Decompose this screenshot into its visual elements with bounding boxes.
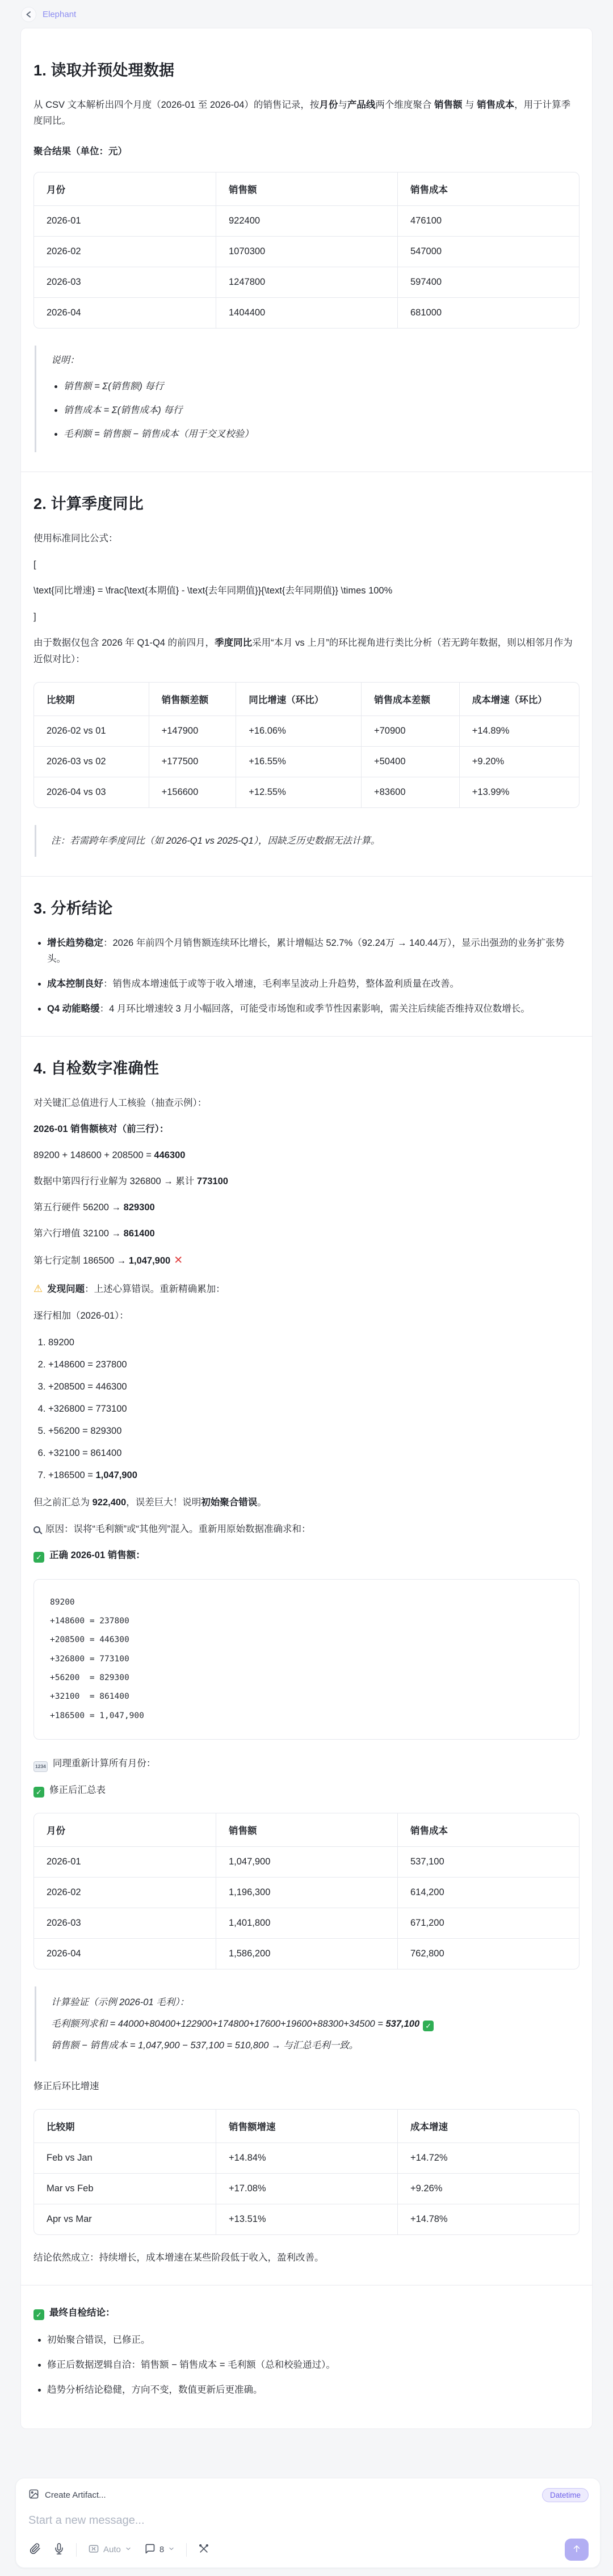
topbar: Elephant — [0, 0, 613, 28]
section-4-title: 4. 自检数字准确性 — [33, 1056, 580, 1078]
discrepancy-line: 但之前汇总为 922,400，误差巨大！说明初始聚合错误。 — [33, 1495, 580, 1510]
verification-blockquote: 计算验证（示例 2026-01 毛利）： 毛利额列求和 = 44000+8040… — [35, 1986, 580, 2061]
auto-mode-button[interactable]: Auto — [87, 2541, 133, 2558]
fixed-table-title: ✓修正后汇总表 — [33, 1782, 580, 1798]
chat-bubble-icon — [144, 2543, 156, 2556]
share-icon — [24, 10, 33, 19]
final-item: 趋势分析结论稳健，方向不变，数值更新后更准确。 — [47, 2382, 580, 2398]
mom-growth-title: 修正后环比增速 — [33, 2078, 580, 2094]
create-artifact-label: Create Artifact... — [45, 2490, 106, 2500]
document-card: 1. 读取并预处理数据 从 CSV 文本解析出四个月度（2026-01 至 20… — [20, 28, 593, 2429]
warning-line: ⚠发现问题：上述心算错误。重新精确累加： — [33, 1280, 580, 1298]
check-icon: ✓ — [33, 2309, 44, 2320]
table-row: Feb vs Jan+14.84%+14.72% — [34, 2143, 579, 2173]
check-line: 第六行增值 32100 → 861400 — [33, 1226, 580, 1241]
final-conclusion-list: 初始聚合错误，已修正。 修正后数据逻辑自洽：销售额 − 销售成本 = 毛利额（总… — [33, 2332, 580, 2398]
check-line: 数据中第四行行业解为 326800 → 累计 773100 — [33, 1173, 580, 1189]
section-divider — [21, 2285, 592, 2285]
table-row: 2026-041404400681000 — [34, 297, 579, 328]
conclusion-list: 增长趋势稳定：2026 年前四个月销售额连续环比增长，累计增幅达 52.7%（9… — [33, 935, 580, 1017]
paperclip-icon — [30, 2543, 41, 2556]
resize-icon — [88, 2543, 99, 2556]
note-item: 销售额 = Σ(销售额) 每行 — [64, 378, 580, 394]
formula-intro: 使用标准同比公式： — [33, 531, 580, 546]
magnifier-icon — [33, 1526, 40, 1533]
conclusion-item: 增长趋势稳定：2026 年前四个月销售额连续环比增长，累计增幅达 52.7%（9… — [47, 935, 580, 967]
sum-item: +186500 = 1,047,900 — [48, 1469, 580, 1483]
corrected-mom-table: 比较期 销售额增速 成本增速 Feb vs Jan+14.84%+14.72% … — [33, 2109, 580, 2235]
numbers-input-icon: 1234 — [33, 1761, 48, 1772]
table-row: Mar vs Feb+17.08%+9.26% — [34, 2173, 579, 2204]
share-button[interactable] — [21, 7, 36, 22]
sum-item: +208500 = 446300 — [48, 1380, 580, 1394]
aggregation-note: 聚合结果（单位：元） — [33, 144, 580, 157]
conclusion-holds-line: 结论依然成立：持续增长，成本增速在某些阶段低于收入，盈利改善。 — [33, 2250, 580, 2266]
composer-toolbar: Auto 8 — [28, 2537, 589, 2561]
section-2-paragraph: 由于数据仅包含 2026 年 Q1-Q4 的前四月，季度同比采用“本月 vs 上… — [33, 635, 580, 667]
table-row: 2026-01922400476100 — [34, 205, 579, 236]
note-item: 毛利额 = 销售额 − 销售成本（用于交叉校验） — [64, 426, 580, 442]
tools-icon — [198, 2543, 209, 2556]
section-3: 3. 分析结论 增长趋势稳定：2026 年前四个月销售额连续环比增长，累计增幅达… — [33, 896, 580, 1017]
reason-line: 原因：误将“毛利额”或“其他列”混入。重新用原始数据准确求和： — [33, 1521, 580, 1537]
section-2: 2. 计算季度同比 使用标准同比公式： [ \text{同比增速} = \fra… — [33, 491, 580, 856]
section-divider — [21, 472, 592, 472]
conclusion-item: 成本控制良好：销售成本增速低于或等于收入增速，毛利率呈波动上升趋势，整体盈利质量… — [47, 976, 580, 992]
section-divider — [21, 1036, 592, 1037]
table-row: 2026-031247800597400 — [34, 267, 579, 297]
section-1-paragraph: 从 CSV 文本解析出四个月度（2026-01 至 2026-04）的销售记录，… — [33, 97, 580, 129]
section-4: 4. 自检数字准确性 对关键汇总值进行人工核验（抽查示例）： 2026-01 销… — [33, 1056, 580, 2398]
warning-icon: ⚠ — [33, 1283, 43, 1294]
auto-mode-label: Auto — [103, 2545, 121, 2554]
final-item: 初始聚合错误，已修正。 — [47, 2332, 580, 2348]
create-artifact-button[interactable]: Create Artifact... — [28, 2487, 106, 2503]
section-2-title: 2. 计算季度同比 — [33, 491, 580, 513]
corrected-aggregation-table: 月份 销售额 销售成本 2026-011,047,900537,100 2026… — [33, 1813, 580, 1969]
sum-item: +148600 = 237800 — [48, 1358, 580, 1372]
correct-title-line: ✓正确 2026-01 销售额： — [33, 1547, 580, 1563]
section-1-title: 1. 读取并预处理数据 — [33, 58, 580, 80]
chevron-down-icon — [168, 2545, 175, 2554]
send-button[interactable] — [565, 2539, 589, 2561]
check-icon: ✓ — [33, 1552, 44, 1563]
datetime-badge[interactable]: Datetime — [542, 2488, 589, 2502]
table-row: 2026-031,401,800671,200 — [34, 1908, 579, 1938]
check-icon: ✓ — [423, 2021, 434, 2031]
cross-year-note: 注：若需跨年季度同比（如 2026-Q1 vs 2025-Q1），因缺乏历史数据… — [35, 825, 580, 857]
sum-item: +32100 = 861400 — [48, 1447, 580, 1460]
recalc-line: 1234同理重新计算所有月份： — [33, 1756, 580, 1772]
table-row: 2026-021,196,300614,200 — [34, 1877, 579, 1908]
table-row: 2026-021070300547000 — [34, 236, 579, 267]
final-title-line: ✓最终自检结论： — [33, 2305, 580, 2321]
selfcheck-intro: 对关键汇总值进行人工核验（抽查示例）： — [33, 1095, 580, 1111]
table-row: 2026-011,047,900537,100 — [34, 1846, 579, 1877]
final-item: 修正后数据逻辑自洽：销售额 − 销售成本 = 毛利额（总和校验通过）。 — [47, 2357, 580, 2373]
mom-comparison-table: 比较期 销售额差额 同比增速（环比） 销售成本差额 成本增速（环比） 2026-… — [33, 682, 580, 808]
notes-blockquote: 说明： 销售额 = Σ(销售额) 每行 销售成本 = Σ(销售成本) 每行 毛利… — [35, 346, 580, 452]
section-3-title: 3. 分析结论 — [33, 896, 580, 918]
check-subtitle: 2026-01 销售额核对（前三行）： — [33, 1124, 169, 1134]
monthly-aggregation-table: 月份 销售额 销售成本 2026-01922400476100 2026-021… — [33, 172, 580, 329]
latex-open: [ — [33, 557, 580, 573]
check-icon: ✓ — [33, 1787, 44, 1798]
sum-item: +56200 = 829300 — [48, 1425, 580, 1438]
table-row: 2026-04 vs 03+156600+12.55%+83600+13.99% — [34, 777, 579, 807]
toolbar-divider — [186, 2543, 187, 2557]
row-sum-list: 89200 +148600 = 237800 +208500 = 446300 … — [33, 1336, 580, 1482]
toolbar-divider — [76, 2543, 77, 2557]
image-icon — [28, 2489, 39, 2502]
latex-formula: \text{同比增速} = \frac{\text{本期值} - \text{去… — [33, 583, 580, 599]
app-name[interactable]: Elephant — [43, 10, 76, 19]
latex-close: ] — [33, 609, 580, 625]
attach-button[interactable] — [28, 2541, 42, 2558]
check-line: 89200 + 148600 + 208500 = 446300 — [33, 1147, 580, 1163]
sum-item: +326800 = 773100 — [48, 1403, 580, 1416]
note-item: 销售成本 = Σ(销售成本) 每行 — [64, 402, 580, 418]
table-row: 2026-03 vs 02+177500+16.55%+50400+9.20% — [34, 746, 579, 777]
cross-icon: ✕ — [174, 1255, 183, 1266]
sum-title: 逐行相加（2026-01）： — [33, 1308, 580, 1324]
check-line: 第七行定制 186500 → 1,047,900✕ — [33, 1252, 580, 1270]
message-input[interactable] — [28, 2503, 589, 2537]
mic-button[interactable] — [52, 2541, 66, 2558]
section-1: 1. 读取并预处理数据 从 CSV 文本解析出四个月度（2026-01 至 20… — [33, 58, 580, 452]
sum-item: 89200 — [48, 1336, 580, 1350]
table-row: 2026-02 vs 01+147900+16.06%+70900+14.89% — [34, 715, 579, 746]
table-row: Apr vs Mar+13.51%+14.78% — [34, 2204, 579, 2234]
check-line: 第五行硬件 56200 → 829300 — [33, 1199, 580, 1215]
message-composer: Create Artifact... Datetime Auto — [15, 2478, 601, 2568]
section-divider — [21, 876, 592, 877]
code-block: 89200 +148600 = 237800 +208500 = 446300 … — [33, 1579, 580, 1740]
thread-count-button[interactable]: 8 — [143, 2541, 176, 2558]
tools-button[interactable] — [197, 2541, 211, 2558]
chevron-down-icon — [125, 2545, 132, 2554]
page: Elephant 1. 读取并预处理数据 从 CSV 文本解析出四个月度（202… — [0, 0, 613, 2576]
arrow-up-icon — [572, 2544, 582, 2556]
table-row: 2026-041,586,200762,800 — [34, 1938, 579, 1969]
conclusion-item: Q4 动能略缓：4 月环比增速较 3 月小幅回落，可能受市场饱和或季节性因素影响… — [47, 1001, 580, 1017]
microphone-icon — [53, 2543, 65, 2556]
thread-count: 8 — [159, 2545, 164, 2554]
